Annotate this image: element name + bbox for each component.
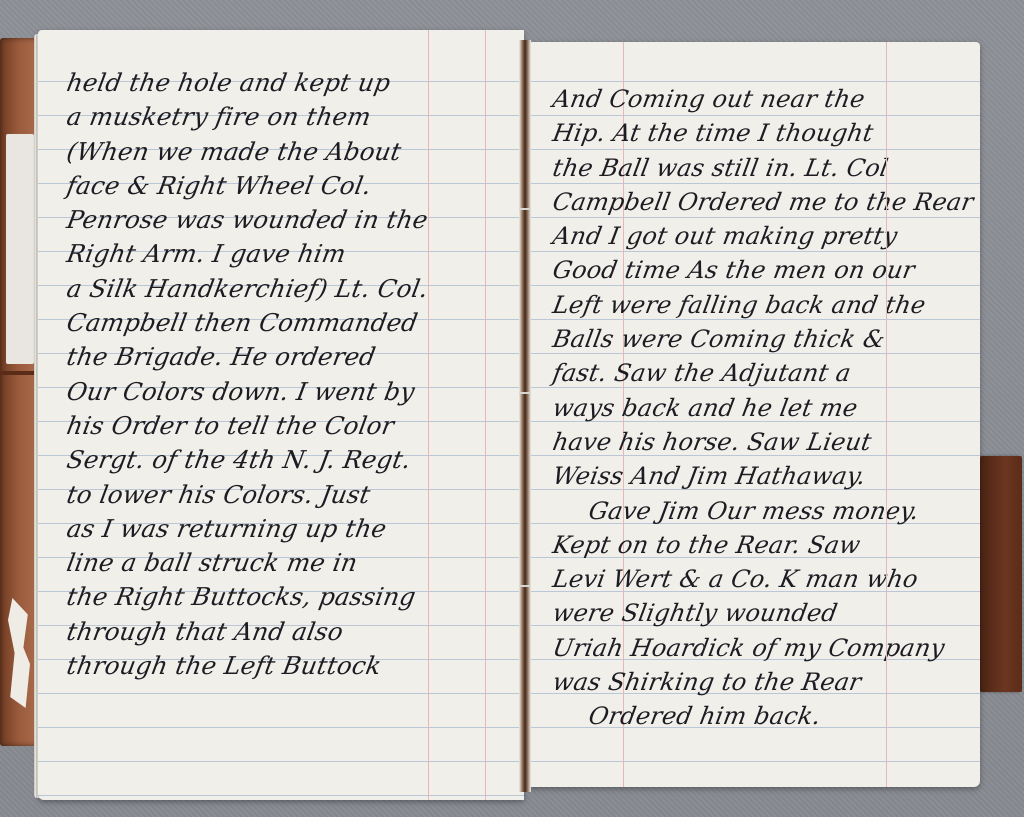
handwritten-line: (When we made the About [64,135,431,169]
handwritten-line: as I was returning up the [64,512,431,546]
handwritten-line: Right Arm. I gave him [64,237,431,271]
cover-wear-patch [8,598,30,708]
handwritten-line: was Shirking to the Rear [550,665,976,699]
handwritten-line: were Slightly wounded [550,596,976,630]
handwritten-line: the Brigade. He ordered [64,340,431,374]
handwritten-line: Our Colors down. I went by [64,375,431,409]
handwritten-line: held the hole and kept up [64,66,431,100]
handwritten-line: Hip. At the time I thought [550,116,976,150]
handwritten-line: fast. Saw the Adjutant a [550,356,976,390]
handwritten-line: a Silk Handkerchief) Lt. Col. [64,272,431,306]
handwritten-line: through that And also [64,615,431,649]
handwritten-line: Gave Jim Our mess money. [550,494,976,528]
handwritten-line: to lower his Colors. Just [64,478,431,512]
handwritten-line: have his horse. Saw Lieut [550,425,976,459]
handwritten-line: his Order to tell the Color [64,409,431,443]
binding-thread [519,208,531,210]
handwritten-line: Good time As the men on our [550,253,976,287]
handwritten-line: Weiss And Jim Hathaway. [550,459,976,493]
handwritten-line: a musketry fire on them [64,100,431,134]
binding-thread [519,392,531,394]
handwritten-line: Ordered him back. [550,699,976,733]
leather-cover-tab-right [980,456,1022,692]
handwritten-line: Sergt. of the 4th N. J. Regt. [64,443,431,477]
handwritten-line: Penrose was wounded in the [64,203,431,237]
book-gutter [519,40,531,792]
handwritten-line: Left were falling back and the [550,288,976,322]
right-page: And Coming out near the Hip. At the time… [528,42,980,787]
left-page-text: held the hole and kept up a musketry fir… [64,66,425,683]
handwritten-line: And Coming out near the [550,82,976,116]
cover-wear-patch [6,134,34,364]
handwritten-line: Levi Wert & a Co. K man who [550,562,976,596]
binding-thread [519,585,531,587]
handwritten-line: Campbell Ordered me to the Rear [550,185,976,219]
right-page-text: And Coming out near the Hip. At the time… [550,82,970,734]
handwritten-line: ways back and he let me [550,391,976,425]
handwritten-line: face & Right Wheel Col. [64,169,431,203]
handwritten-line: the Right Buttocks, passing [64,580,431,614]
handwritten-line: Balls were Coming thick & [550,322,976,356]
handwritten-line: through the Left Buttock [64,649,431,683]
handwritten-line: the Ball was still in. Lt. Col [550,151,976,185]
handwritten-line: Uriah Hoardick of my Company [550,631,976,665]
left-page: held the hole and kept up a musketry fir… [38,30,524,800]
handwritten-line: And I got out making pretty [550,219,976,253]
handwritten-line: Campbell then Commanded [64,306,431,340]
handwritten-line: line a ball struck me in [64,546,431,580]
handwritten-line: Kept on to the Rear. Saw [550,528,976,562]
